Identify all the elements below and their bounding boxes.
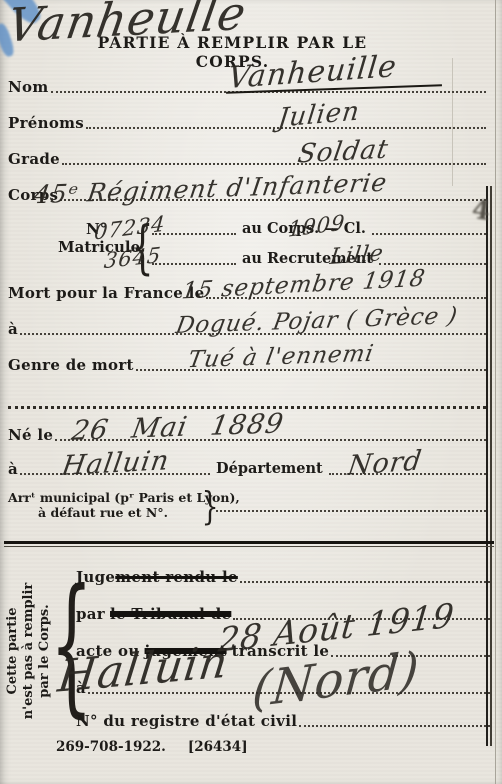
dotted-line (62, 163, 486, 165)
field-label-prenoms: Prénoms (8, 114, 84, 132)
brace-close-arr: } (202, 486, 219, 526)
side-note-line: Cette partie (5, 576, 21, 726)
handwriting-departement: Nord (346, 445, 424, 482)
dotted-line (240, 581, 490, 583)
field-label-genre-mort: Genre de mort (8, 356, 134, 374)
binding-line (490, 186, 492, 746)
matricule-row-recrutement: au Recrutement (150, 248, 488, 268)
field-label-grade: Grade (8, 150, 60, 168)
label-jugement-struck: ment rendu le (115, 568, 238, 586)
field-label-nom: Nom (8, 78, 49, 96)
label-par-plain: par (76, 605, 105, 623)
dotted-line (372, 233, 486, 235)
label-jugement-plain: Juge (76, 568, 115, 586)
footer-imprint: 269-708-1922. [26434] (56, 739, 248, 755)
field-label-ne-a: à (8, 460, 18, 478)
arr-municipal-label-line2: à défaut rue et N°. (38, 505, 168, 520)
imprint-number: 269-708-1922. (56, 739, 166, 755)
handwriting-matricule-corps: 07234 (93, 211, 166, 244)
field-row-prenoms: Prénoms (8, 112, 488, 132)
label-par-struck: le Tribunal de (110, 605, 231, 623)
handwriting-grade-value: Soldat (296, 134, 391, 169)
batch-number: [26434] (188, 739, 248, 755)
dotted-line (299, 725, 490, 727)
dotted-line (379, 263, 486, 265)
page-edge-line (495, 0, 496, 784)
dotted-line (152, 263, 236, 265)
field-label-mort-a: à (8, 320, 18, 338)
handwriting-lieu-recrutement: Lille (328, 241, 385, 270)
dotted-line (216, 510, 486, 512)
field-label-mort-le: Mort pour la France le (8, 284, 204, 302)
field-label-ne-le: Né le (8, 426, 53, 444)
thick-divider-rule (4, 541, 494, 547)
field-row-grade: Grade (8, 148, 488, 168)
field-row-jugement: Juge ment rendu le (76, 566, 492, 586)
scanned-death-record: 4 Vanheulle PARTIE À REMPLIR PAR LE CORP… (0, 0, 502, 784)
field-label-departement: Département (212, 460, 327, 478)
handwriting-matricule-recrutement: 3645 (103, 243, 163, 273)
side-note-line: n'est pas à remplir (21, 576, 37, 726)
handwriting-ne-lieu: Halluin (60, 445, 172, 482)
